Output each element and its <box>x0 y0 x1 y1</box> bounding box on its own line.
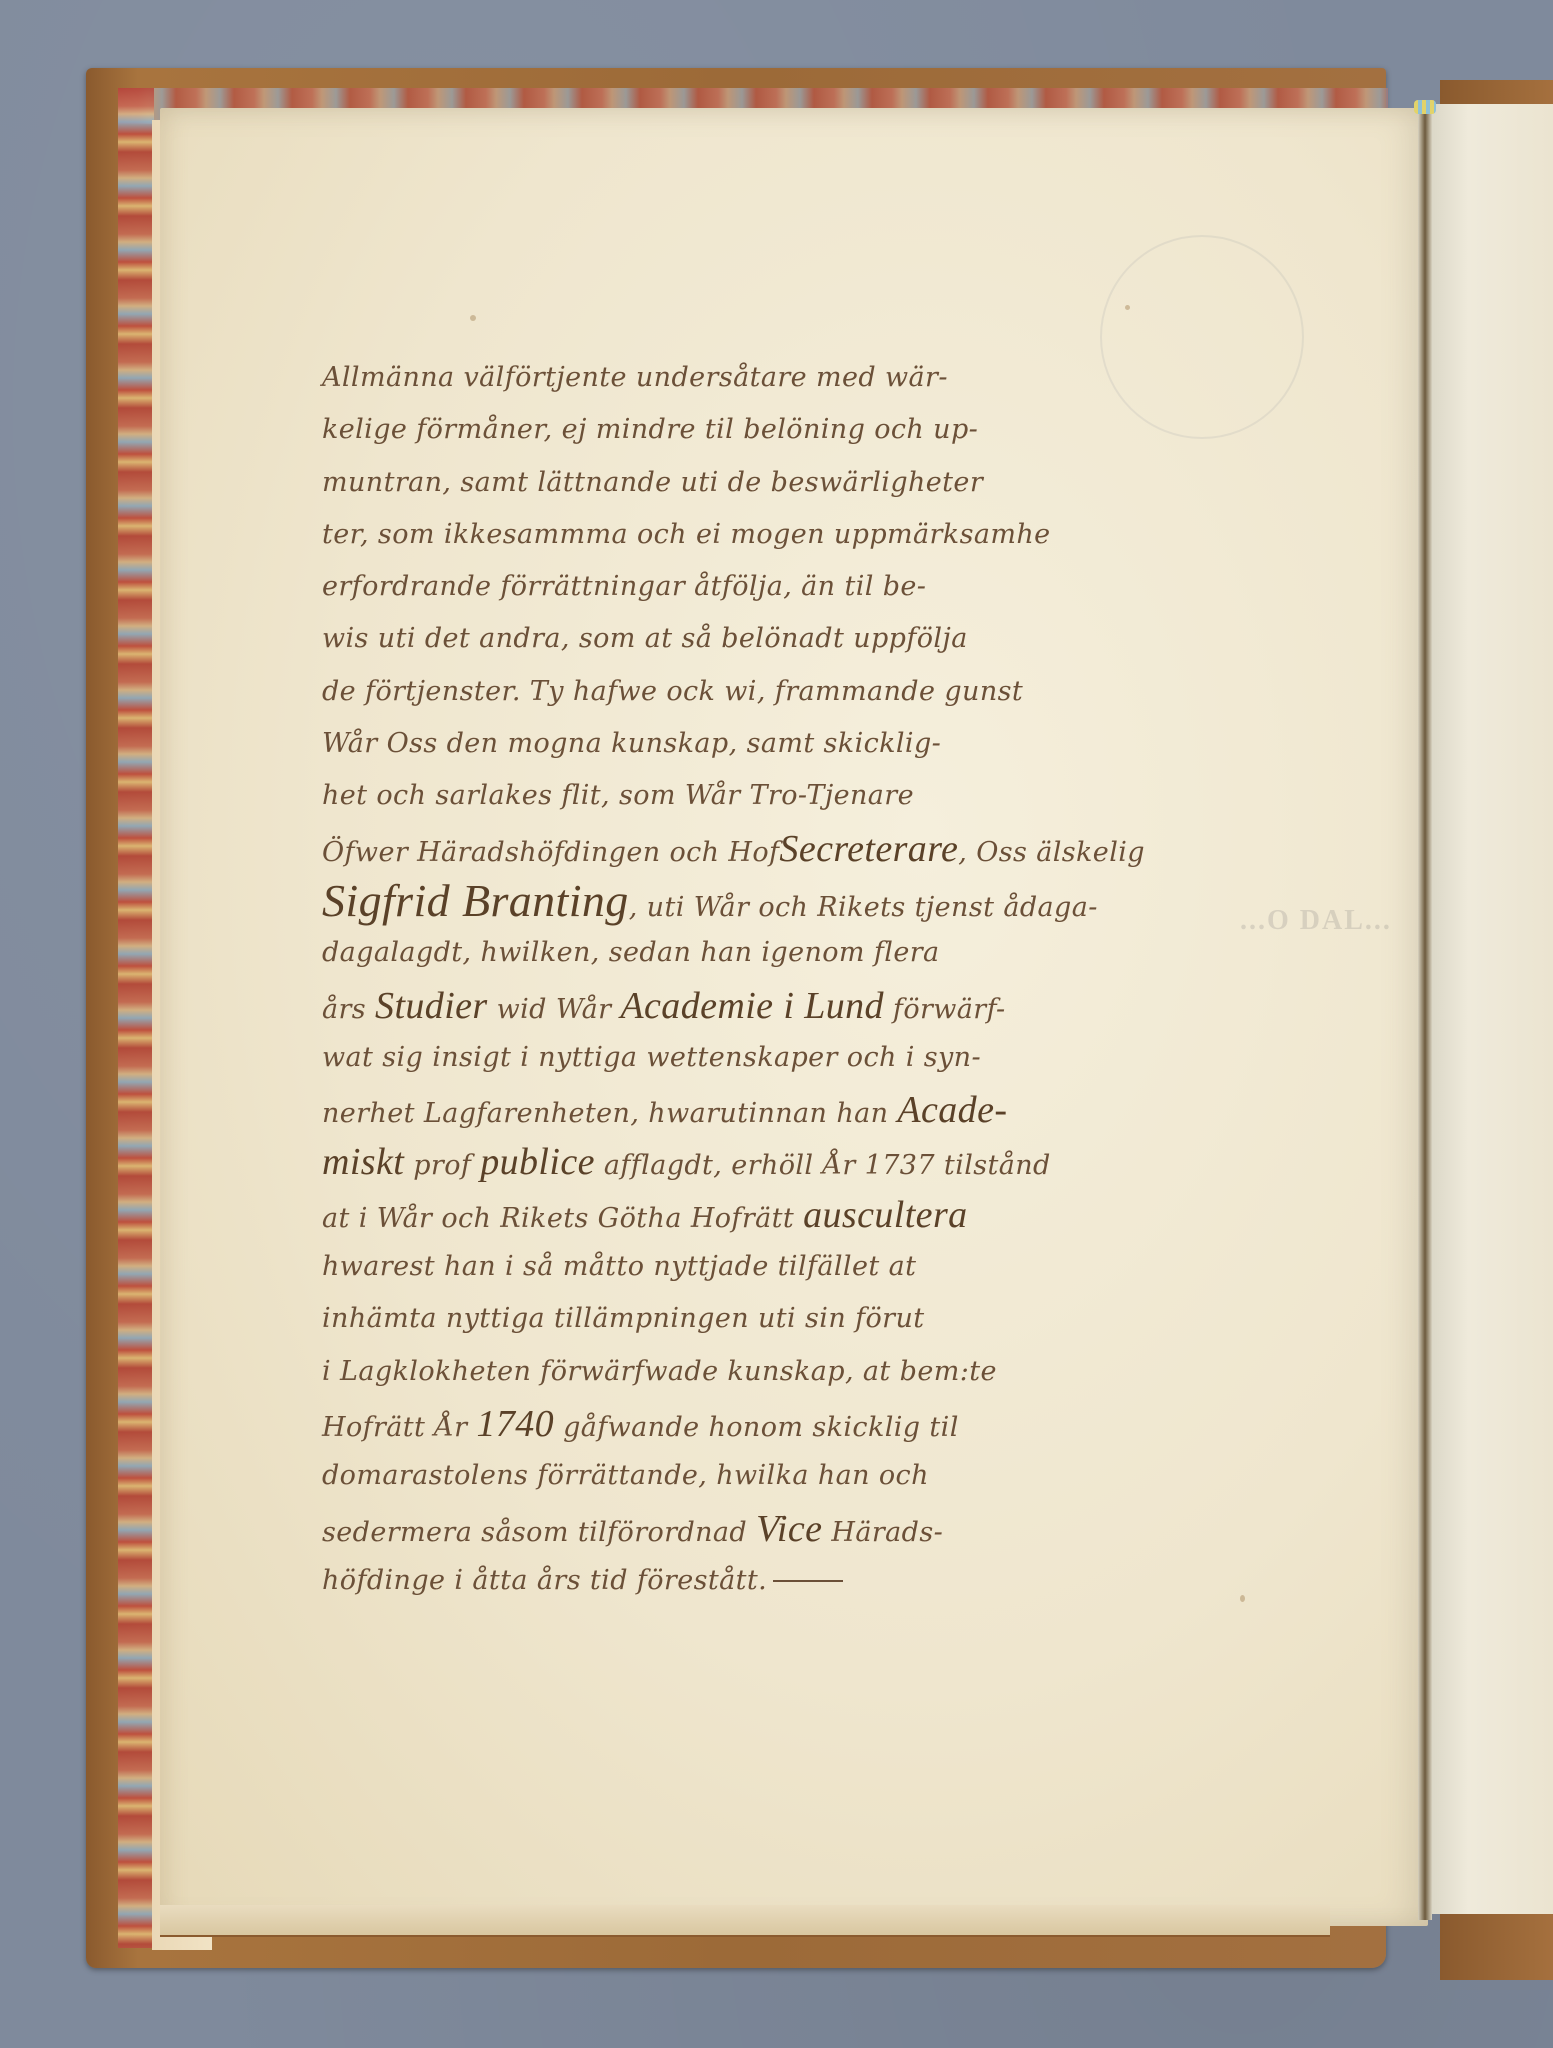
latin-word-auscultera: auscultera <box>803 1194 967 1236</box>
marbled-pastedown-left <box>118 88 154 1948</box>
latin-title-secreterare: Secreterare <box>779 828 958 870</box>
text-line: Wår Oss den mogna kunskap, samt skicklig… <box>322 718 1322 770</box>
text-line: Öfwer Häradshöfdingen och HofSecreterare… <box>322 823 1322 875</box>
text-line: Allmänna välförtjente undersåtare med wä… <box>322 352 1322 404</box>
institution-name: Academie i Lund <box>620 985 884 1027</box>
text-line: års Studier wid Wår Academie i Lund förw… <box>322 980 1322 1032</box>
closing-flourish-line <box>773 1580 843 1582</box>
text-line: wis uti det andra, som at så belönadt up… <box>322 613 1322 665</box>
text-line: ter, som ikkesammma och ei mogen uppmärk… <box>322 509 1322 561</box>
text-line: muntran, samt lättnande uti de beswärlig… <box>322 457 1322 509</box>
text-line: Sigfrid Branting, uti Wår och Rikets tje… <box>322 875 1322 927</box>
text-line: inhämta nyttiga tillämpningen uti sin fö… <box>322 1293 1322 1345</box>
latin-word-academ: Acade- <box>897 1089 1007 1131</box>
text-line: Hofrätt År 1740 gåfwande honom skicklig … <box>322 1398 1322 1450</box>
text-line: het och sarlakes flit, som Wår Tro-Tjena… <box>322 770 1322 822</box>
text-line: erfordrande förrättningar åtfölja, än ti… <box>322 561 1322 613</box>
latin-word-publice: publice <box>480 1141 595 1183</box>
facing-page-edge <box>1432 104 1553 1914</box>
text-line: i Lagklokheten förwärfwade kunskap, at b… <box>322 1346 1322 1398</box>
latin-word-vice: Vice <box>756 1508 822 1550</box>
text-line: höfdinge i åtta års tid förestått. <box>322 1555 1322 1607</box>
year-1740: 1740 <box>476 1403 554 1445</box>
text-line: kelige förmåner, ej mindre til belöning … <box>322 404 1322 456</box>
text-line: miskt prof publice afflagdt, erhöll År 1… <box>322 1136 1322 1188</box>
text-line: nerhet Lagfarenheten, hwarutinnan han Ac… <box>322 1084 1322 1136</box>
text-line: hwarest han i så måtto nyttjade tilfälle… <box>322 1241 1322 1293</box>
foxing-spot <box>1125 305 1130 310</box>
foxing-spot <box>470 315 476 321</box>
text-line: sedermera såsom tilförordnad Vice Härads… <box>322 1503 1322 1555</box>
text-line: at i Wår och Rikets Götha Hofrätt auscul… <box>322 1189 1322 1241</box>
person-name: Sigfrid Branting <box>322 875 629 926</box>
headband <box>1414 100 1436 114</box>
page-bottom-fold <box>160 1905 1330 1937</box>
book-gutter <box>1418 100 1432 1920</box>
latin-word-miskt: miskt <box>322 1141 404 1183</box>
handwritten-text-block: Allmänna välförtjente undersåtare med wä… <box>322 352 1322 1607</box>
text-line: de förtjenster. Ty hafwe ock wi, framman… <box>322 666 1322 718</box>
text-line: domarastolens förrättande, hwilka han oc… <box>322 1450 1322 1502</box>
text-line: wat sig insigt i nyttiga wettenskaper oc… <box>322 1032 1322 1084</box>
text-line: dagalagdt, hwilken, sedan han igenom fle… <box>322 927 1322 979</box>
latin-word-studier: Studier <box>375 985 488 1027</box>
